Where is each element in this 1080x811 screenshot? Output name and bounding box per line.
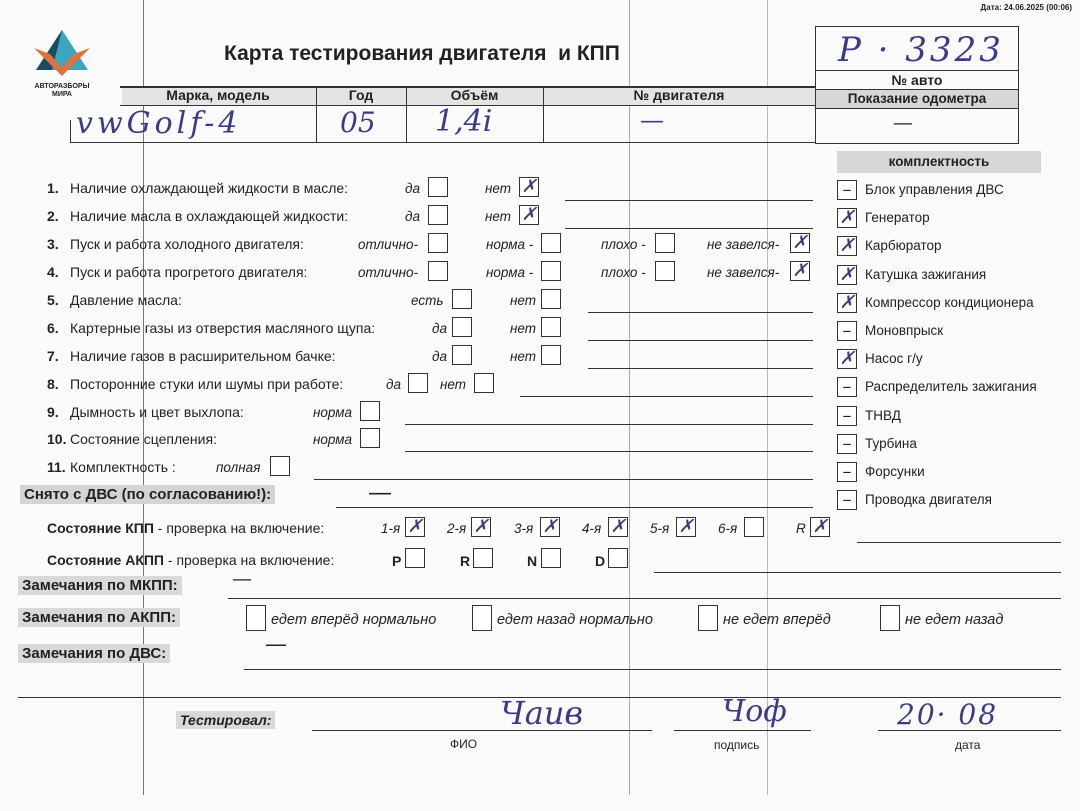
akpp-label: Состояние АКПП - проверка на включение: <box>47 552 334 568</box>
odometer-label: Показание одометра <box>815 91 1019 106</box>
engine-number-value[interactable]: — <box>640 106 664 134</box>
check-mark-icon: ✗ <box>677 518 695 536</box>
check-option-label: полная <box>216 460 260 475</box>
kpp-gear-checkbox[interactable]: ✗ <box>608 517 628 537</box>
logo-text-line2: МИРА <box>22 91 102 99</box>
check-option-label: нет <box>440 377 466 392</box>
note-line[interactable] <box>405 424 813 425</box>
check-option-checkbox[interactable] <box>474 373 494 393</box>
check-option-checkbox[interactable] <box>655 261 675 281</box>
completeness-item-label: Турбина <box>865 436 917 451</box>
dash-mark-icon: – <box>838 181 856 199</box>
check-number: 3. <box>47 236 59 252</box>
completeness-checkbox[interactable]: ✗ <box>837 349 857 369</box>
odometer-value[interactable]: — <box>893 110 913 134</box>
note-line[interactable] <box>565 200 813 201</box>
print-date-stamp: Дата: 24.06.2025 (00:06) <box>981 3 1072 12</box>
check-mark-icon: ✗ <box>838 350 856 368</box>
check-label: Картерные газы из отверстия масляного щу… <box>70 320 375 336</box>
tester-signature[interactable]: Чоф <box>722 694 787 729</box>
check-label: Комплектность : <box>70 459 176 475</box>
kpp-gear-checkbox[interactable]: ✗ <box>405 517 425 537</box>
kpp-label: Состояние КПП - проверка на включение: <box>47 520 324 536</box>
remarks-dvs-value[interactable]: — <box>265 632 287 657</box>
check-option-checkbox[interactable] <box>270 456 290 476</box>
note-line[interactable] <box>565 228 813 229</box>
check-number: 9. <box>47 404 59 420</box>
akpp-mode-checkbox[interactable] <box>608 548 628 568</box>
check-option-checkbox[interactable] <box>541 345 561 365</box>
check-option-label: да <box>405 209 420 224</box>
check-option-label: норма - <box>486 265 533 280</box>
completeness-checkbox[interactable]: – <box>837 180 857 200</box>
check-mark-icon: ✗ <box>541 518 559 536</box>
check-option-label: плохо - <box>601 265 646 280</box>
check-option-checkbox[interactable] <box>428 233 448 253</box>
check-mark-icon: ✗ <box>520 206 538 224</box>
check-mark-icon: ✗ <box>472 518 490 536</box>
check-number: 4. <box>47 264 59 280</box>
car-number-value: Р · 3323 <box>838 30 1004 70</box>
kpp-label-rest: - проверка на включение: <box>154 520 324 536</box>
check-option-checkbox[interactable] <box>452 289 472 309</box>
akpp-remark-label: не едет назад <box>905 612 1003 628</box>
dash-mark-icon: – <box>838 491 856 509</box>
check-number: 8. <box>47 376 59 392</box>
check-option-label: не завелся- <box>707 237 779 252</box>
check-option-checkbox[interactable] <box>452 317 472 337</box>
completeness-item-label: Блок управления ДВС <box>865 182 1004 197</box>
completeness-item-label: Распределитель зажигания <box>865 379 1037 394</box>
akpp-label-bold: Состояние АКПП <box>47 552 164 568</box>
completeness-item-label: Генератор <box>865 210 930 225</box>
completeness-checkbox[interactable]: – <box>837 321 857 341</box>
check-option-checkbox[interactable]: ✗ <box>519 177 539 197</box>
page-title: Карта тестирования двигателя и КПП <box>224 42 620 66</box>
remarks-mkpp-label: Замечания по МКПП: <box>18 576 182 595</box>
akpp-mode-checkbox[interactable] <box>473 548 493 568</box>
akpp-mode-label: R <box>460 553 470 569</box>
note-line[interactable] <box>588 340 813 341</box>
akpp-remark-label: едет вперёд нормально <box>271 612 436 628</box>
dash-mark-icon: – <box>838 378 856 396</box>
akpp-mode-label: N <box>527 553 537 569</box>
check-option-checkbox[interactable] <box>541 317 561 337</box>
check-option-checkbox[interactable] <box>428 205 448 225</box>
dash-mark-icon: – <box>838 435 856 453</box>
check-label: Наличие масла в охлаждающей жидкости: <box>70 208 348 224</box>
completeness-checkbox[interactable]: ✗ <box>837 265 857 285</box>
check-option-label: да <box>405 181 420 196</box>
completeness-title: комплектность <box>837 154 1041 169</box>
completeness-item-label: ТНВД <box>865 408 901 423</box>
kpp-gear-label: 2-я <box>447 521 466 536</box>
akpp-mode-checkbox[interactable] <box>541 548 561 568</box>
akpp-remark-label: не едет вперёд <box>723 612 831 628</box>
kpp-gear-label: R <box>796 521 806 536</box>
col-header-engine-number: № двигателя <box>543 87 815 103</box>
check-mark-icon: ✗ <box>811 518 829 536</box>
kpp-gear-label: 5-я <box>650 521 669 536</box>
check-label: Давление масла: <box>70 292 182 308</box>
check-mark-icon: ✗ <box>838 237 856 255</box>
kpp-gear-label: 4-я <box>582 521 601 536</box>
check-option-checkbox[interactable] <box>360 428 380 448</box>
dash-mark-icon: – <box>838 407 856 425</box>
check-option-checkbox[interactable] <box>428 261 448 281</box>
completeness-item-label: Карбюратор <box>865 238 942 253</box>
removed-from-engine-label: Снято с ДВС (по согласованию!): <box>20 485 275 504</box>
col-header-make-model: Марка, модель <box>120 87 316 103</box>
check-number: 2. <box>47 208 59 224</box>
akpp-mode-label: P <box>392 553 401 569</box>
tester-name[interactable]: Чаив <box>500 694 583 732</box>
kpp-gear-checkbox[interactable]: ✗ <box>676 517 696 537</box>
check-mark-icon: ✗ <box>838 294 856 312</box>
check-label: Посторонние стуки или шумы при работе: <box>70 376 343 392</box>
check-mark-icon: ✗ <box>520 178 538 196</box>
completeness-checkbox[interactable]: ✗ <box>837 208 857 228</box>
company-logo: АВТОРАЗБОРЫ МИРА <box>22 28 102 98</box>
completeness-checkbox[interactable]: ✗ <box>837 293 857 313</box>
check-option-label: да <box>432 321 447 336</box>
check-option-label: да <box>386 377 401 392</box>
check-option-checkbox[interactable] <box>360 401 380 421</box>
check-option-label: нет <box>510 349 536 364</box>
kpp-gear-checkbox[interactable] <box>744 517 764 537</box>
check-number: 1. <box>47 180 59 196</box>
year-value[interactable]: 05 <box>340 106 376 139</box>
check-option-label: есть <box>411 293 443 308</box>
note-line[interactable] <box>405 451 813 452</box>
col-header-year: Год <box>316 87 406 103</box>
akpp-remark-checkbox[interactable] <box>246 605 266 631</box>
tested-by-label: Тестировал: <box>176 711 275 729</box>
test-date-caption: дата <box>955 738 980 752</box>
signature-caption: подпись <box>714 738 759 752</box>
akpp-remark-checkbox[interactable] <box>698 605 718 631</box>
make-model-value[interactable]: vwGolf-4 <box>76 106 242 141</box>
akpp-remark-checkbox[interactable] <box>472 605 492 631</box>
note-line[interactable] <box>588 368 813 369</box>
check-option-label: не завелся- <box>707 265 779 280</box>
kpp-gear-checkbox[interactable]: ✗ <box>540 517 560 537</box>
check-option-checkbox[interactable] <box>541 289 561 309</box>
completeness-checkbox[interactable]: – <box>837 406 857 426</box>
remarks-akpp-label: Замечания по АКПП: <box>18 608 180 627</box>
tester-name-caption: ФИО <box>450 737 477 751</box>
col-header-volume: Объём <box>406 87 543 103</box>
akpp-remark-label: едет назад нормально <box>497 612 653 628</box>
check-option-checkbox[interactable] <box>541 261 561 281</box>
remarks-mkpp-value[interactable]: — <box>232 566 252 590</box>
completeness-checkbox[interactable]: – <box>837 462 857 482</box>
check-option-label: нет <box>485 209 511 224</box>
check-option-checkbox[interactable] <box>541 233 561 253</box>
check-option-label: плохо - <box>601 237 646 252</box>
completeness-item-label: Моновпрыск <box>865 323 943 338</box>
scan-fold-line-mid <box>629 0 630 795</box>
kpp-gear-checkbox[interactable]: ✗ <box>471 517 491 537</box>
dash-mark-icon: – <box>838 322 856 340</box>
kpp-gear-label: 3-я <box>514 521 533 536</box>
check-mark-icon: ✗ <box>838 209 856 227</box>
test-date[interactable]: 20· 08 <box>897 698 998 731</box>
check-option-checkbox[interactable]: ✗ <box>790 233 810 253</box>
kpp-gear-label: 6-я <box>718 521 737 536</box>
check-mark-icon: ✗ <box>406 518 424 536</box>
dash-mark-icon: – <box>838 463 856 481</box>
check-number: 11. <box>47 459 66 475</box>
akpp-mode-label: D <box>595 553 605 569</box>
logo-mark-icon <box>22 28 102 80</box>
akpp-mode-checkbox[interactable] <box>405 548 425 568</box>
check-number: 5. <box>47 292 59 308</box>
check-option-label: отлично- <box>358 237 418 252</box>
completeness-checkbox[interactable]: ✗ <box>837 236 857 256</box>
check-number: 10. <box>47 431 66 447</box>
kpp-label-bold: Состояние КПП <box>47 520 154 536</box>
check-option-label: норма <box>313 432 352 447</box>
check-option-label: да <box>432 349 447 364</box>
remarks-dvs-label: Замечания по ДВС: <box>18 644 170 663</box>
note-line[interactable] <box>520 396 813 397</box>
completeness-item-label: Форсунки <box>865 464 925 479</box>
check-option-checkbox[interactable] <box>408 373 428 393</box>
check-option-label: норма - <box>486 237 533 252</box>
check-mark-icon: ✗ <box>791 234 809 252</box>
check-option-checkbox[interactable]: ✗ <box>519 205 539 225</box>
check-label: Состояние сцепления: <box>70 431 217 447</box>
note-line[interactable] <box>588 312 813 313</box>
completeness-checkbox[interactable]: – <box>837 490 857 510</box>
check-option-label: норма <box>313 405 352 420</box>
check-label: Наличие охлаждающей жидкости в масле: <box>70 180 348 196</box>
check-number: 7. <box>47 348 59 364</box>
completeness-item-label: Катушка зажигания <box>865 267 986 282</box>
volume-value[interactable]: 1,4i <box>435 104 492 139</box>
check-label: Дымность и цвет выхлопа: <box>70 404 244 420</box>
check-option-label: отлично- <box>358 265 418 280</box>
completeness-checkbox[interactable]: – <box>837 434 857 454</box>
check-label: Наличие газов в расширительном бачке: <box>70 348 336 364</box>
check-option-checkbox[interactable] <box>428 177 448 197</box>
check-option-checkbox[interactable] <box>655 233 675 253</box>
check-number: 6. <box>47 320 59 336</box>
check-mark-icon: ✗ <box>791 262 809 280</box>
check-option-checkbox[interactable]: ✗ <box>790 261 810 281</box>
completeness-item-label: Насос г/у <box>865 351 923 366</box>
removed-from-engine-value[interactable]: — <box>368 478 392 506</box>
check-label: Пуск и работа прогретого двигателя: <box>70 264 307 280</box>
car-number-label: № авто <box>815 72 1019 88</box>
scan-fold-line-right <box>767 0 768 795</box>
check-option-label: нет <box>510 293 536 308</box>
check-option-label: нет <box>485 181 511 196</box>
kpp-gear-label: 1-я <box>381 521 400 536</box>
akpp-remark-checkbox[interactable] <box>880 605 900 631</box>
completeness-item-label: Компрессор кондиционера <box>865 295 1034 310</box>
check-mark-icon: ✗ <box>838 266 856 284</box>
check-label: Пуск и работа холодного двигателя: <box>70 236 304 252</box>
check-option-checkbox[interactable] <box>452 345 472 365</box>
completeness-checkbox[interactable]: – <box>837 377 857 397</box>
check-mark-icon: ✗ <box>609 518 627 536</box>
completeness-item-label: Проводка двигателя <box>865 492 992 507</box>
logo-text-line1: АВТОРАЗБОРЫ <box>22 83 102 91</box>
check-option-label: нет <box>510 321 536 336</box>
kpp-gear-checkbox[interactable]: ✗ <box>810 517 830 537</box>
